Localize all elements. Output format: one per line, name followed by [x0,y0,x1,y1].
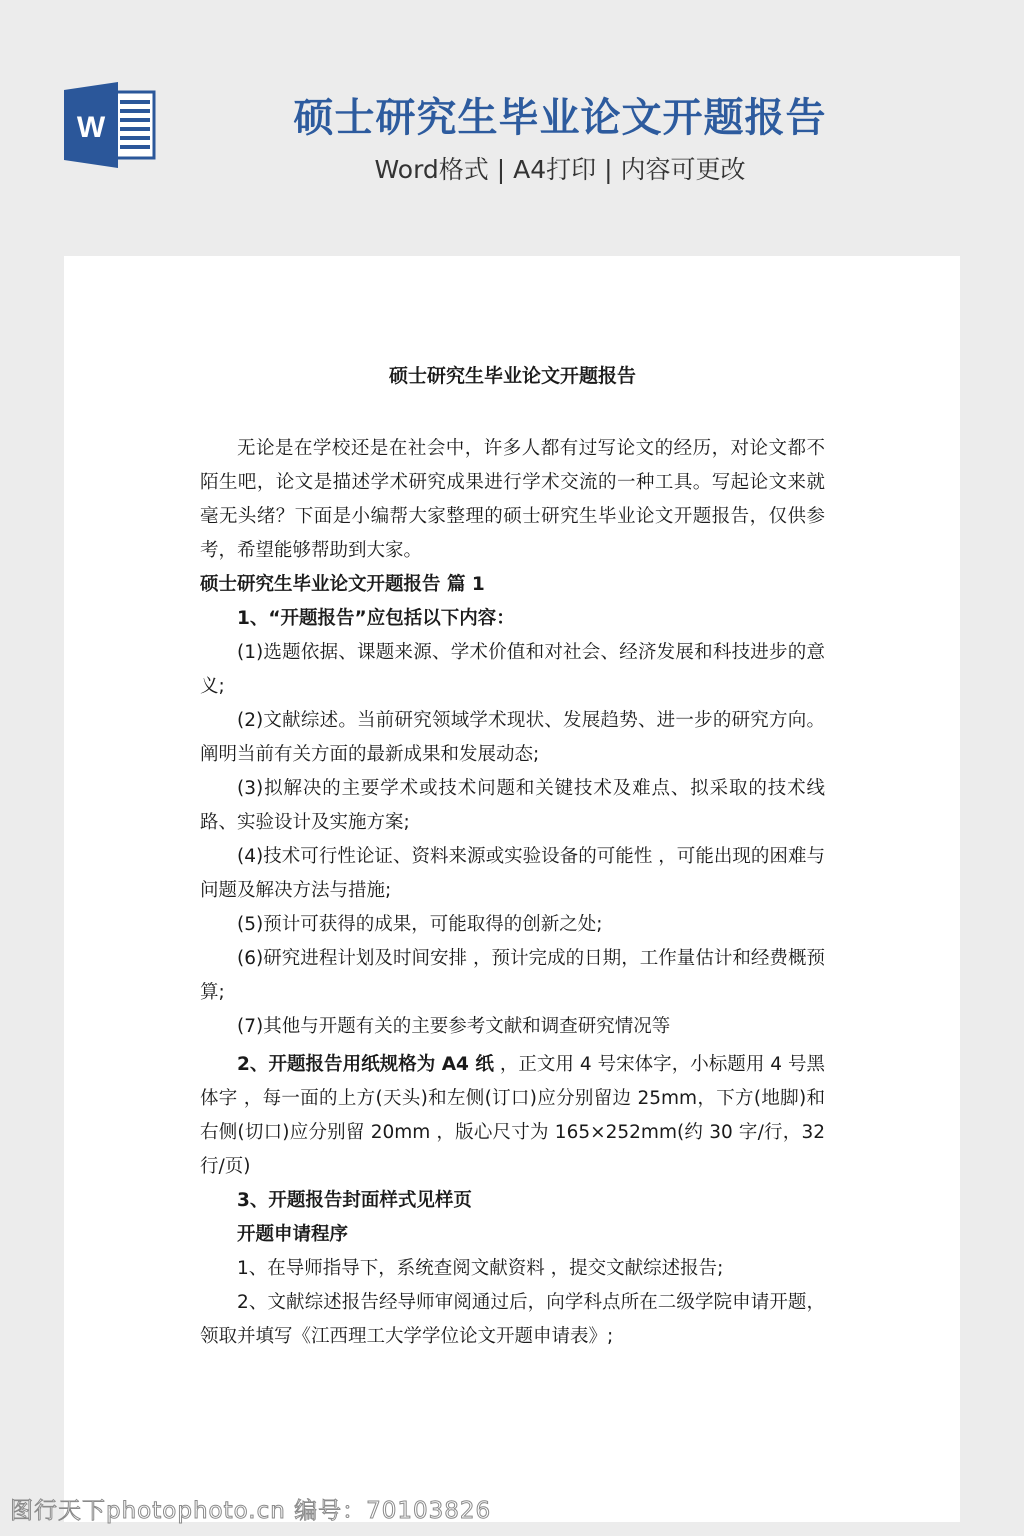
item1-point: (4)技术可行性论证、资料来源或实验设备的可能性 ，可能出现的困难与问题及解决方… [200,840,825,908]
item1-point: (3)拟解决的主要学术或技术问题和关键技术及难点、拟采取的技术线路、实验设计及实… [200,772,825,840]
section-heading: 硕士研究生毕业论文开题报告 篇 1 [200,568,825,602]
item1-heading: 1、“开题报告”应包括以下内容： [200,602,825,636]
item1-point: (7)其他与开题有关的主要参考文献和调查研究情况等 [200,1010,825,1044]
procedure-step: 2、文献综述报告经导师审阅通过后，向学科点所在二级学院申请开题，领取并填写《江西… [200,1286,825,1354]
word-document-icon: W [64,82,156,168]
item1-point: (6)研究进程计划及时间安排 ，预计完成的日期，工作量估计和经费概预算; [200,942,825,1010]
item1-point: (5)预计可获得的成果，可能取得的创新之处; [200,908,825,942]
watermark: 图行天下photophoto.cn 编号：70103826 [10,1492,491,1525]
intro-paragraph: 无论是在学校还是在社会中，许多人都有过写论文的经历，对论文都不陌生吧，论文是描述… [200,432,825,568]
procedure-step: 1、在导师指导下，系统查阅文献资料 ，提交文献综述报告; [200,1252,825,1286]
item3-heading: 3、开题报告封面样式见样页 [200,1184,825,1218]
svg-text:W: W [77,111,106,144]
item1-point: (1)选题依据、课题来源、学术价值和对社会、经济发展和科技进步的意义; [200,636,825,704]
item2-paragraph: 2、开题报告用纸规格为 A4 纸 ，正文用 4 号宋体字，小标题用 4 号黑体字… [200,1048,825,1184]
item1-point: (2)文献综述。当前研究领域学术现状、发展趋势、进一步的研究方向。阐明当前有关方… [200,704,825,772]
banner: W 硕士研究生毕业论文开题报告 Word格式 | A4打印 | 内容可更改 [0,0,1024,256]
document-title: 硕士研究生毕业论文开题报告 [200,356,825,396]
document-page: 硕士研究生毕业论文开题报告 无论是在学校还是在社会中，许多人都有过写论文的经历，… [64,256,960,1522]
banner-title: 硕士研究生毕业论文开题报告 [280,92,840,144]
procedure-heading: 开题申请程序 [200,1218,825,1252]
document-body: 硕士研究生毕业论文开题报告 无论是在学校还是在社会中，许多人都有过写论文的经历，… [200,356,825,1354]
item2-heading: 2、开题报告用纸规格为 A4 纸 [237,1054,494,1075]
banner-subtitle: Word格式 | A4打印 | 内容可更改 [280,152,840,188]
